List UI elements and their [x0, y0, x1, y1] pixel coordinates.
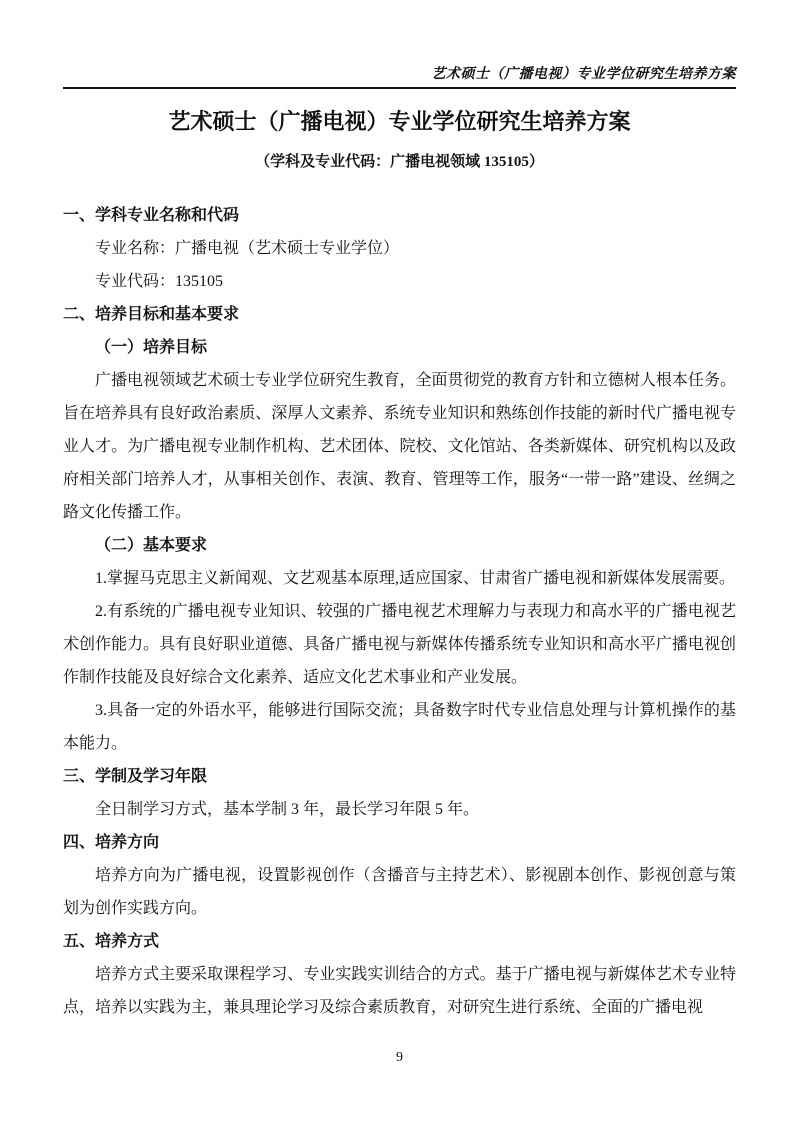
paragraph: 全日制学习方式，基本学制 3 年，最长学习年限 5 年。 [63, 793, 736, 826]
section-heading: 三、学制及学习年限 [63, 760, 736, 793]
paragraph: 培养方向为广播电视，设置影视创作（含播音与主持艺术）、影视剧本创作、影视创意与策… [63, 859, 736, 925]
page-title: 艺术硕士（广播电视）专业学位研究生培养方案 [63, 107, 736, 137]
paragraph: 专业名称：广播电视（艺术硕士专业学位） [63, 232, 736, 265]
paragraph: 广播电视领域艺术硕士专业学位研究生教育，全面贯彻党的教育方针和立德树人根本任务。… [63, 364, 736, 529]
paragraph: 1.掌握马克思主义新闻观、文艺观基本原理,适应国家、甘肃省广播电视和新媒体发展需… [63, 562, 736, 595]
section-heading: 二、培养目标和基本要求 [63, 298, 736, 331]
running-header: 艺术硕士（广播电视）专业学位研究生培养方案 [63, 66, 736, 89]
section-heading: （二）基本要求 [63, 529, 736, 562]
page-number: 9 [0, 1049, 799, 1067]
header-rule [63, 87, 736, 89]
paragraph: 3.具备一定的外语水平，能够进行国际交流；具备数字时代专业信息处理与计算机操作的… [63, 694, 736, 760]
section-heading: 一、学科专业名称和代码 [63, 199, 736, 232]
document-page: 艺术硕士（广播电视）专业学位研究生培养方案 艺术硕士（广播电视）专业学位研究生培… [0, 0, 799, 1131]
document-body: 一、学科专业名称和代码专业名称：广播电视（艺术硕士专业学位）专业代码：13510… [63, 199, 736, 1024]
section-heading: （一）培养目标 [63, 331, 736, 364]
paragraph: 专业代码：135105 [63, 265, 736, 298]
section-heading: 五、培养方式 [63, 925, 736, 958]
running-header-text: 艺术硕士（广播电视）专业学位研究生培养方案 [63, 66, 736, 83]
paragraph: 2.有系统的广播电视专业知识、较强的广播电视艺术理解力与表现力和高水平的广播电视… [63, 595, 736, 694]
document-subtitle: （学科及专业代码：广播电视领域 135105） [63, 152, 736, 172]
paragraph: 培养方式主要采取课程学习、专业实践实训结合的方式。基于广播电视与新媒体艺术专业特… [63, 958, 736, 1024]
section-heading: 四、培养方向 [63, 826, 736, 859]
